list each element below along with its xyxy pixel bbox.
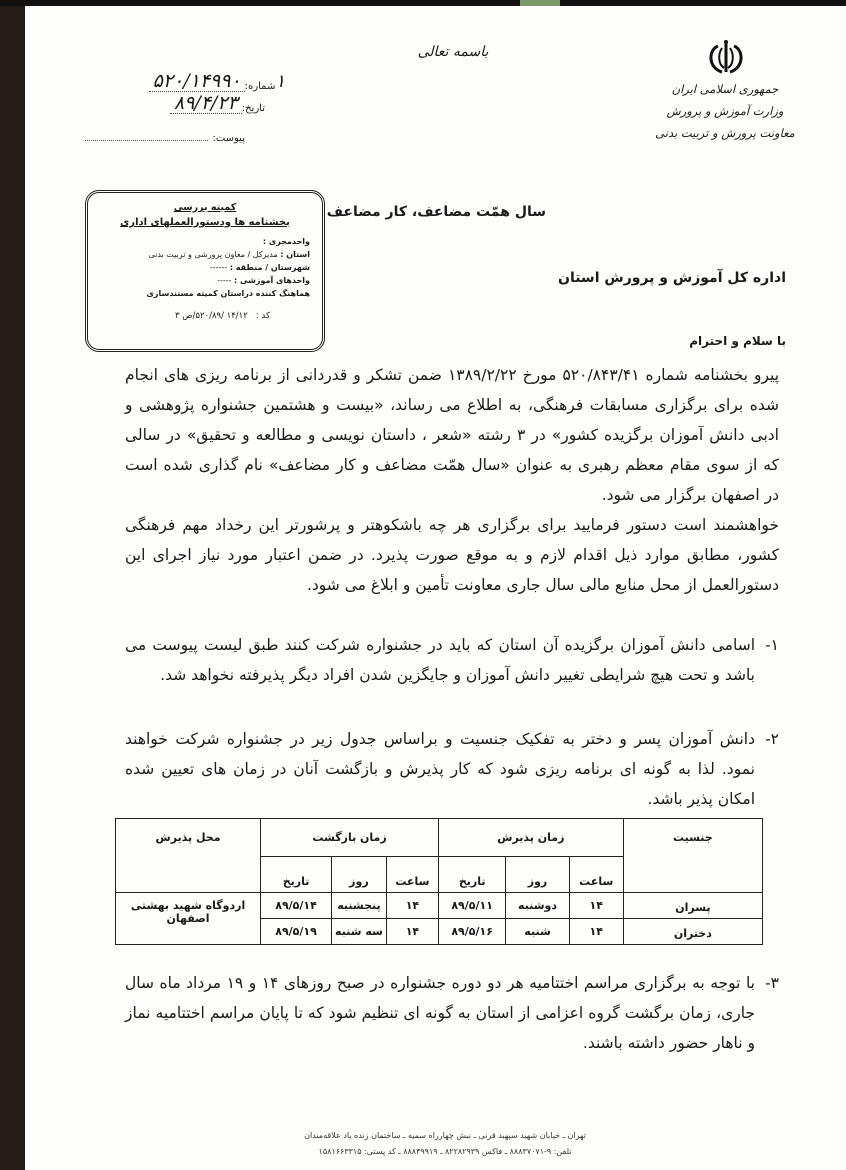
cell-ret-day: سه شنبه [332, 919, 387, 945]
stamp-code-label: کد : [256, 311, 270, 321]
organization-name: جمهوری اسلامی ایران وزارت آموزش و پرورش … [650, 78, 800, 144]
letter-number: ۵۲۰/۱۴۹۹۰ [149, 71, 245, 92]
header-gender: جنسیت [623, 819, 762, 893]
committee-stamp: کمیته بررسی بخشنامه ها ودستورالعملهای اد… [85, 190, 325, 352]
addressee: اداره کل آموزش و پرورش استان [558, 270, 786, 286]
header-location: محل پذیرش [116, 819, 261, 893]
footer-address: تهران ـ خیابان شهید سپهبد قرنی ـ نبش چها… [225, 1128, 665, 1144]
cell-ret-date: ۸۹/۵/۱۴ [261, 893, 332, 919]
stamp-code-row: کد : ۱۴/۱۲ /۵۲۰/۸۹/ص ۳ [100, 310, 310, 323]
letter-meta: ۱ شماره: ۵۲۰/۱۴۹۹۰ تاریخ: ۸۹/۴/۲۳ پیوست: [85, 70, 285, 144]
cell-rec-date: ۸۹/۵/۱۱ [439, 893, 506, 919]
stamp-line-units: واحدهای آموزشی : ----- [100, 274, 310, 287]
cell-ret-hour: ۱۴ [386, 893, 438, 919]
header-rec-date: تاریخ [439, 857, 506, 893]
stamp-label: هماهنگ کننده دراستان کمیته مستندسازی [147, 289, 310, 298]
org-line-deputy: معاونت پرورش و تربیت بدنی [650, 122, 800, 144]
list-item-text: دانش آموزان پسر و دختر به تفکیک جنسیت و … [125, 730, 755, 808]
cell-gender: پسران [623, 893, 762, 919]
table-row: پسران ۱۴ دوشنبه ۸۹/۵/۱۱ ۱۴ پنجشنبه ۸۹/۵/… [116, 893, 763, 919]
cell-gender: دختران [623, 919, 762, 945]
attachment-row: پیوست: [85, 122, 285, 144]
header-rec-hour: ساعت [569, 857, 623, 893]
letter-date: ۸۹/۴/۲۳ [170, 93, 242, 114]
stamp-line-province: استان : مدیرکل / معاون پرورشی و تربیت بد… [100, 248, 310, 261]
stamp-title: کمیته بررسی [100, 201, 310, 215]
iran-emblem-icon [696, 38, 756, 78]
year-slogan: سال همّت مضاعف، کار مضاعف [327, 204, 546, 220]
stamp-label: شهرستان / منطقه : [230, 263, 310, 272]
stamp-value: مدیرکل / معاون پرورشی و تربیت بدنی [148, 250, 277, 259]
list-item-number: ۱- [765, 630, 779, 660]
stamp-label: واحدمجری : [263, 237, 310, 246]
basmala-heading: باسمه تعالی [403, 44, 503, 60]
stamp-line-city: شهرستان / منطقه : ------ [100, 261, 310, 274]
footer-contact: تلفن: ۹-۸۸۸۳۷۰۷۱ ـ فاکس ۸۲۲۸۲۹۳۹ ـ ۸۸۸۴۹… [225, 1144, 665, 1160]
letter-footer: تهران ـ خیابان شهید سپهبد قرنی ـ نبش چها… [225, 1128, 665, 1160]
number-label: شماره: [245, 81, 276, 92]
cell-rec-day: دوشنبه [506, 893, 569, 919]
header-rec-day: روز [506, 857, 569, 893]
list-item-text: با توجه به برگزاری مراسم اختتامیه هر دو … [125, 974, 755, 1052]
stamp-code-value: ۱۴/۱۲ /۵۲۰/۸۹/ص ۳ [175, 311, 248, 321]
stamp-value: ----- [217, 276, 231, 285]
body-paragraph: پیرو بخشنامه شماره ۵۲۰/۸۴۳/۴۱ مورخ ۱۳۸۹/… [125, 360, 779, 510]
header-reception-time: زمان پذیرش [439, 819, 624, 857]
letter-date-row: تاریخ: ۸۹/۴/۲۳ [85, 92, 285, 114]
header-ret-date: تاریخ [261, 857, 332, 893]
body-paragraph: خواهشمند است دستور فرمایید برای برگزاری … [125, 510, 779, 600]
list-item-number: ۳- [765, 968, 779, 998]
list-item: ۱- اسامی دانش آموزان برگزیده آن استان که… [125, 630, 779, 690]
cell-ret-day: پنجشنبه [332, 893, 387, 919]
list-item-text: اسامی دانش آموزان برگزیده آن استان که با… [125, 636, 755, 684]
cell-rec-day: شنبه [506, 919, 569, 945]
stamp-subtitle: بخشنامه ها ودستورالعملهای اداری [100, 215, 310, 231]
cell-location: اردوگاه شهید بهشتی اصفهان [116, 893, 261, 945]
schedule-table: جنسیت زمان پذیرش زمان بازگشت محل پذیرش س… [115, 818, 763, 945]
list-item-number: ۲- [765, 724, 779, 754]
greeting: با سلام و احترام [689, 334, 786, 348]
stamp-line-coordinator: هماهنگ کننده دراستان کمیته مستندسازی [100, 287, 310, 300]
date-label: تاریخ: [242, 103, 265, 114]
list-item: ۲- دانش آموزان پسر و دختر به تفکیک جنسیت… [125, 724, 779, 814]
cell-ret-hour: ۱۴ [386, 919, 438, 945]
scan-border-left [0, 0, 25, 1170]
org-line-country: جمهوری اسلامی ایران [650, 78, 800, 100]
header-ret-day: روز [332, 857, 387, 893]
stamp-label: واحدهای آموزشی : [234, 276, 310, 285]
cell-rec-hour: ۱۴ [569, 893, 623, 919]
cell-rec-date: ۸۹/۵/۱۶ [439, 919, 506, 945]
stamp-value: ------ [210, 263, 227, 272]
stamp-line-unit: واحدمجری : [100, 235, 310, 248]
letter-page: باسمه تعالی جمهوری اسلامی ایران وزارت آم… [25, 6, 846, 1170]
number-prefix: ۱ [275, 71, 285, 92]
header-return-time: زمان بازگشت [261, 819, 439, 857]
letter-number-row: ۱ شماره: ۵۲۰/۱۴۹۹۰ [85, 70, 285, 92]
list-item: ۳- با توجه به برگزاری مراسم اختتامیه هر … [125, 968, 779, 1058]
org-line-ministry: وزارت آموزش و پرورش [650, 100, 800, 122]
header-ret-hour: ساعت [386, 857, 438, 893]
cell-rec-hour: ۱۴ [569, 919, 623, 945]
attachment-dotted-line [85, 140, 208, 141]
stamp-label: استان : [280, 250, 310, 259]
cell-ret-date: ۸۹/۵/۱۹ [261, 919, 332, 945]
attachment-label: پیوست: [212, 133, 245, 144]
